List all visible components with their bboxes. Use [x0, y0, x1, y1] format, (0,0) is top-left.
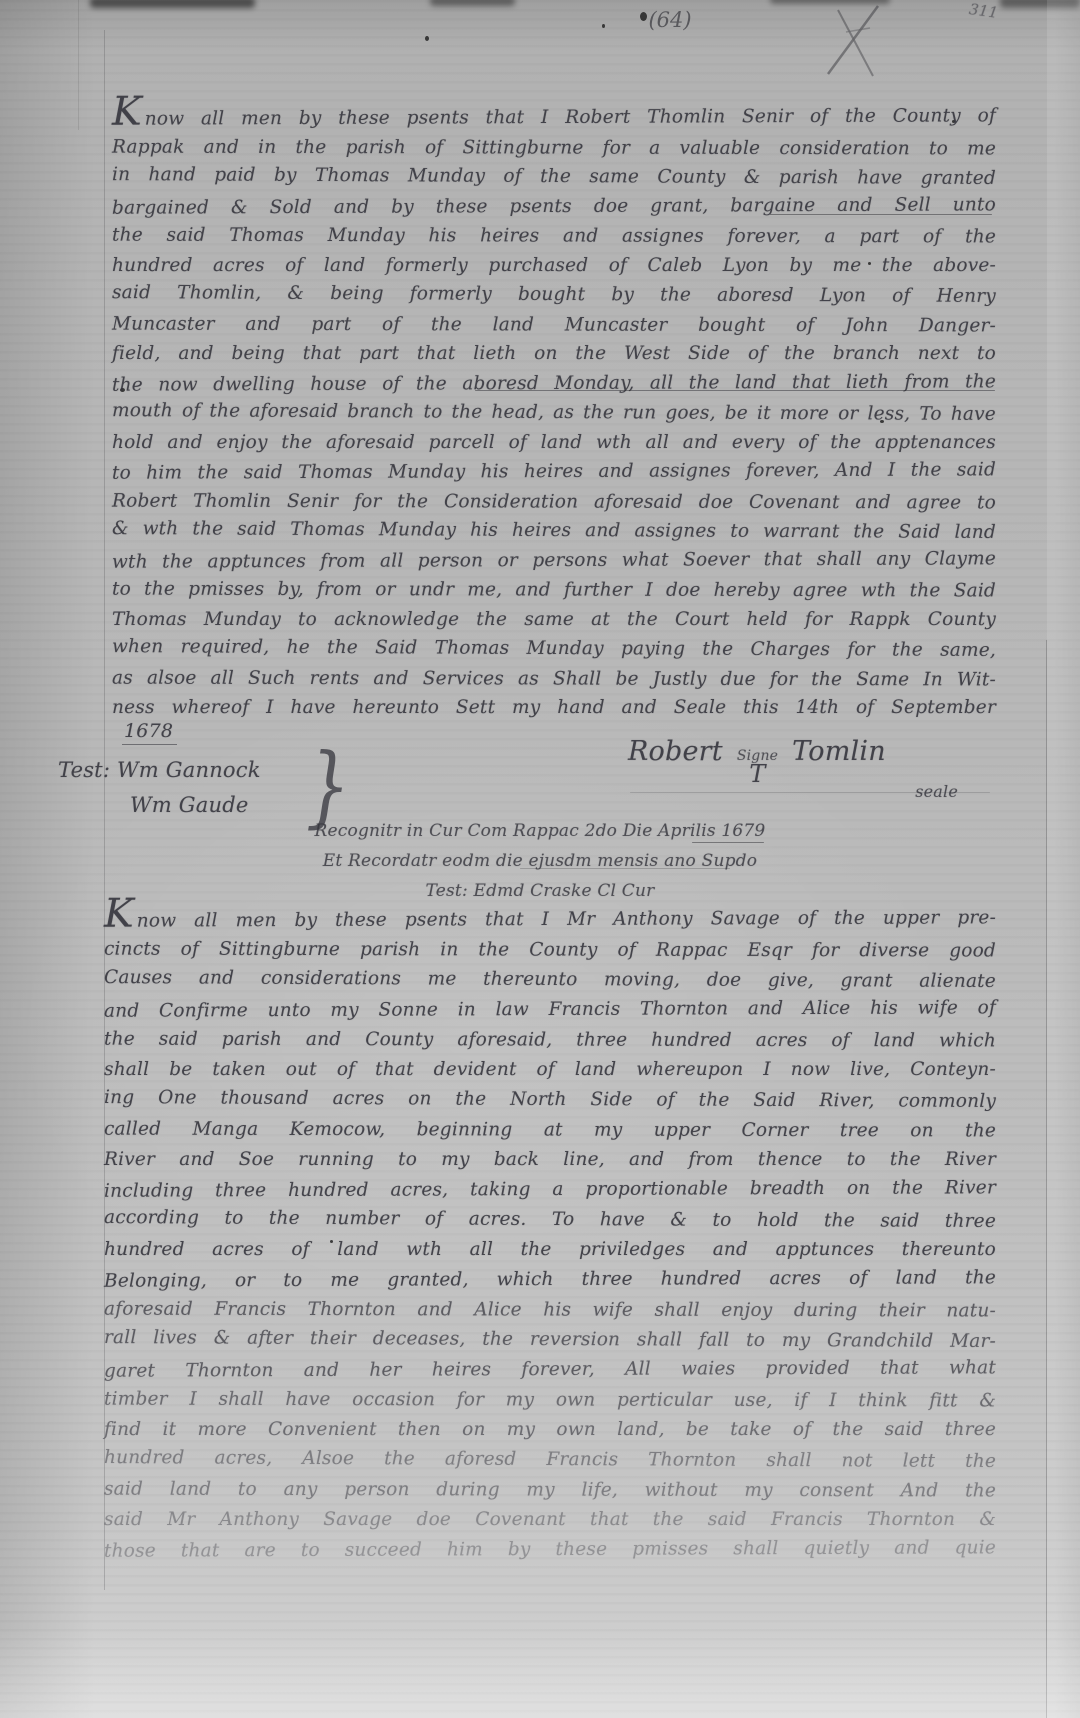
- witness-block: Test: Wm Gannock Wm Gaude: [58, 753, 261, 823]
- deed-year: 1678: [122, 720, 177, 745]
- manuscript-line: shall be taken out of that devident of l…: [104, 1055, 996, 1085]
- manuscript-line: including three hundred acres, taking a …: [104, 1173, 996, 1206]
- manuscript-line: Muncaster and part of the land Muncaster…: [112, 309, 996, 340]
- manuscript-line: in hand paid by Thomas Munday of the sam…: [112, 160, 996, 193]
- manuscript-line: Know all men by these psents that I Mr A…: [104, 900, 996, 936]
- manuscript-line: Robert Thomlin Senir for the Considerati…: [112, 486, 996, 517]
- attest-label: Test:: [58, 758, 110, 782]
- manuscript-line: hold and enjoy the aforesaid parcell of …: [112, 428, 996, 458]
- manuscript-line: rall lives & after their deceases, the r…: [104, 1323, 996, 1357]
- top-edge-stain: [430, 0, 515, 6]
- manuscript-line: according to the number of acres. To hav…: [104, 1203, 996, 1237]
- manuscript-line: the said parish and County aforesaid, th…: [104, 1025, 996, 1057]
- top-edge-stain: [90, 0, 255, 8]
- witness-name: Wm Gannock: [117, 758, 261, 782]
- manuscript-line: Recognitr in Cur Com Rappac 2do Die Apri…: [190, 816, 890, 846]
- court-recording-note: Recognitr in Cur Com Rappac 2do Die Apri…: [190, 816, 890, 906]
- manuscript-line: bargained & Sold and by these psents doe…: [112, 190, 996, 223]
- cross-mark: [818, 2, 890, 80]
- signature-last-name: Tomlin: [792, 736, 886, 767]
- manuscript-line: as alsoe all Such rents and Services as …: [112, 663, 996, 694]
- signature-mark: T: [749, 760, 765, 788]
- manuscript-line: the now dwelling house of the aboresd Mo…: [112, 367, 996, 400]
- manuscript-line: timber I shall have occasion for my own …: [104, 1385, 996, 1417]
- manuscript-line: Thomas Munday to acknowledge the same at…: [112, 605, 996, 635]
- manuscript-line: ing One thousand acres on the North Side…: [104, 1083, 996, 1117]
- manuscript-line: mouth of the aforesaid branch to the hea…: [112, 396, 996, 429]
- manuscript-line: cincts of Sittingburne parish in the Cou…: [104, 935, 996, 967]
- manuscript-page: (64) 311 Know all men by these psents th…: [0, 0, 1080, 1718]
- manuscript-line: wth the apptunces from all person or per…: [112, 544, 996, 577]
- manuscript-line: said Mr Anthony Savage doe Covenant that…: [104, 1505, 996, 1535]
- manuscript-line: ness whereof I have hereunto Sett my han…: [112, 693, 996, 723]
- signature-first-name: Robert: [628, 736, 723, 767]
- manuscript-line: hundred acres of land formerly purchased…: [112, 251, 996, 281]
- manuscript-line: & wth the said Thomas Munday his heires …: [112, 514, 996, 547]
- manuscript-line: Causes and considerations me thereunto m…: [104, 963, 996, 997]
- folio-number: (64): [590, 8, 750, 32]
- ink-speck: [425, 36, 429, 41]
- seal-note: seale: [915, 782, 958, 801]
- manuscript-line: Belonging, or to me granted, which three…: [104, 1263, 996, 1296]
- manuscript-line: and Confirme unto my Sonne in law Franci…: [104, 993, 996, 1026]
- manuscript-line: to him the said Thomas Munday his heires…: [112, 455, 996, 488]
- manuscript-line: garet Thornton and her heires forever, A…: [104, 1353, 996, 1386]
- manuscript-line: said land to any person during my life, …: [104, 1475, 996, 1507]
- manuscript-line: to the pmisses by, from or undr me, and …: [112, 575, 996, 606]
- margin-line: [78, 0, 79, 130]
- manuscript-line: River and Soe running to my back line, a…: [104, 1145, 996, 1175]
- manuscript-line: the said Thomas Munday his heires and as…: [112, 221, 996, 252]
- page-edge-highlight: [1047, 0, 1080, 1718]
- manuscript-line: said Thomlin, & being formerly bought by…: [112, 278, 996, 311]
- deed-thomlin-to-munday: Know all men by these psents that I Robe…: [112, 100, 996, 723]
- manuscript-line: Et Recordatr eodm die ejusdm mensis ano …: [190, 846, 890, 876]
- manuscript-line: those that are to succeed him by these p…: [104, 1533, 996, 1566]
- manuscript-line: field, and being that part that lieth on…: [112, 339, 996, 369]
- manuscript-line: Rappak and in the parish of Sittingburne…: [112, 132, 996, 163]
- signature-block: Robert Signe T Tomlin seale: [628, 736, 958, 788]
- manuscript-line: aforesaid Francis Thornton and Alice his…: [104, 1295, 996, 1327]
- manuscript-line: called Manga Kemocow, beginning at my up…: [104, 1115, 996, 1147]
- corner-page-number: 311: [968, 0, 999, 22]
- signature-mark-group: Signe T: [737, 748, 778, 788]
- witness-row: Test: Wm Gannock: [58, 753, 261, 788]
- deed-savage-to-thornton: Know all men by these psents that I Mr A…: [104, 902, 996, 1565]
- manuscript-line: when required, he the Said Thomas Munday…: [112, 632, 996, 665]
- manuscript-line: Know all men by these psents that I Robe…: [112, 98, 996, 134]
- manuscript-line: hundred acres, Alsoe the aforesd Francis…: [104, 1443, 996, 1477]
- manuscript-line: find it more Convenient then on my own l…: [104, 1415, 996, 1445]
- manuscript-line: hundred acres of land wth all the privil…: [104, 1235, 996, 1265]
